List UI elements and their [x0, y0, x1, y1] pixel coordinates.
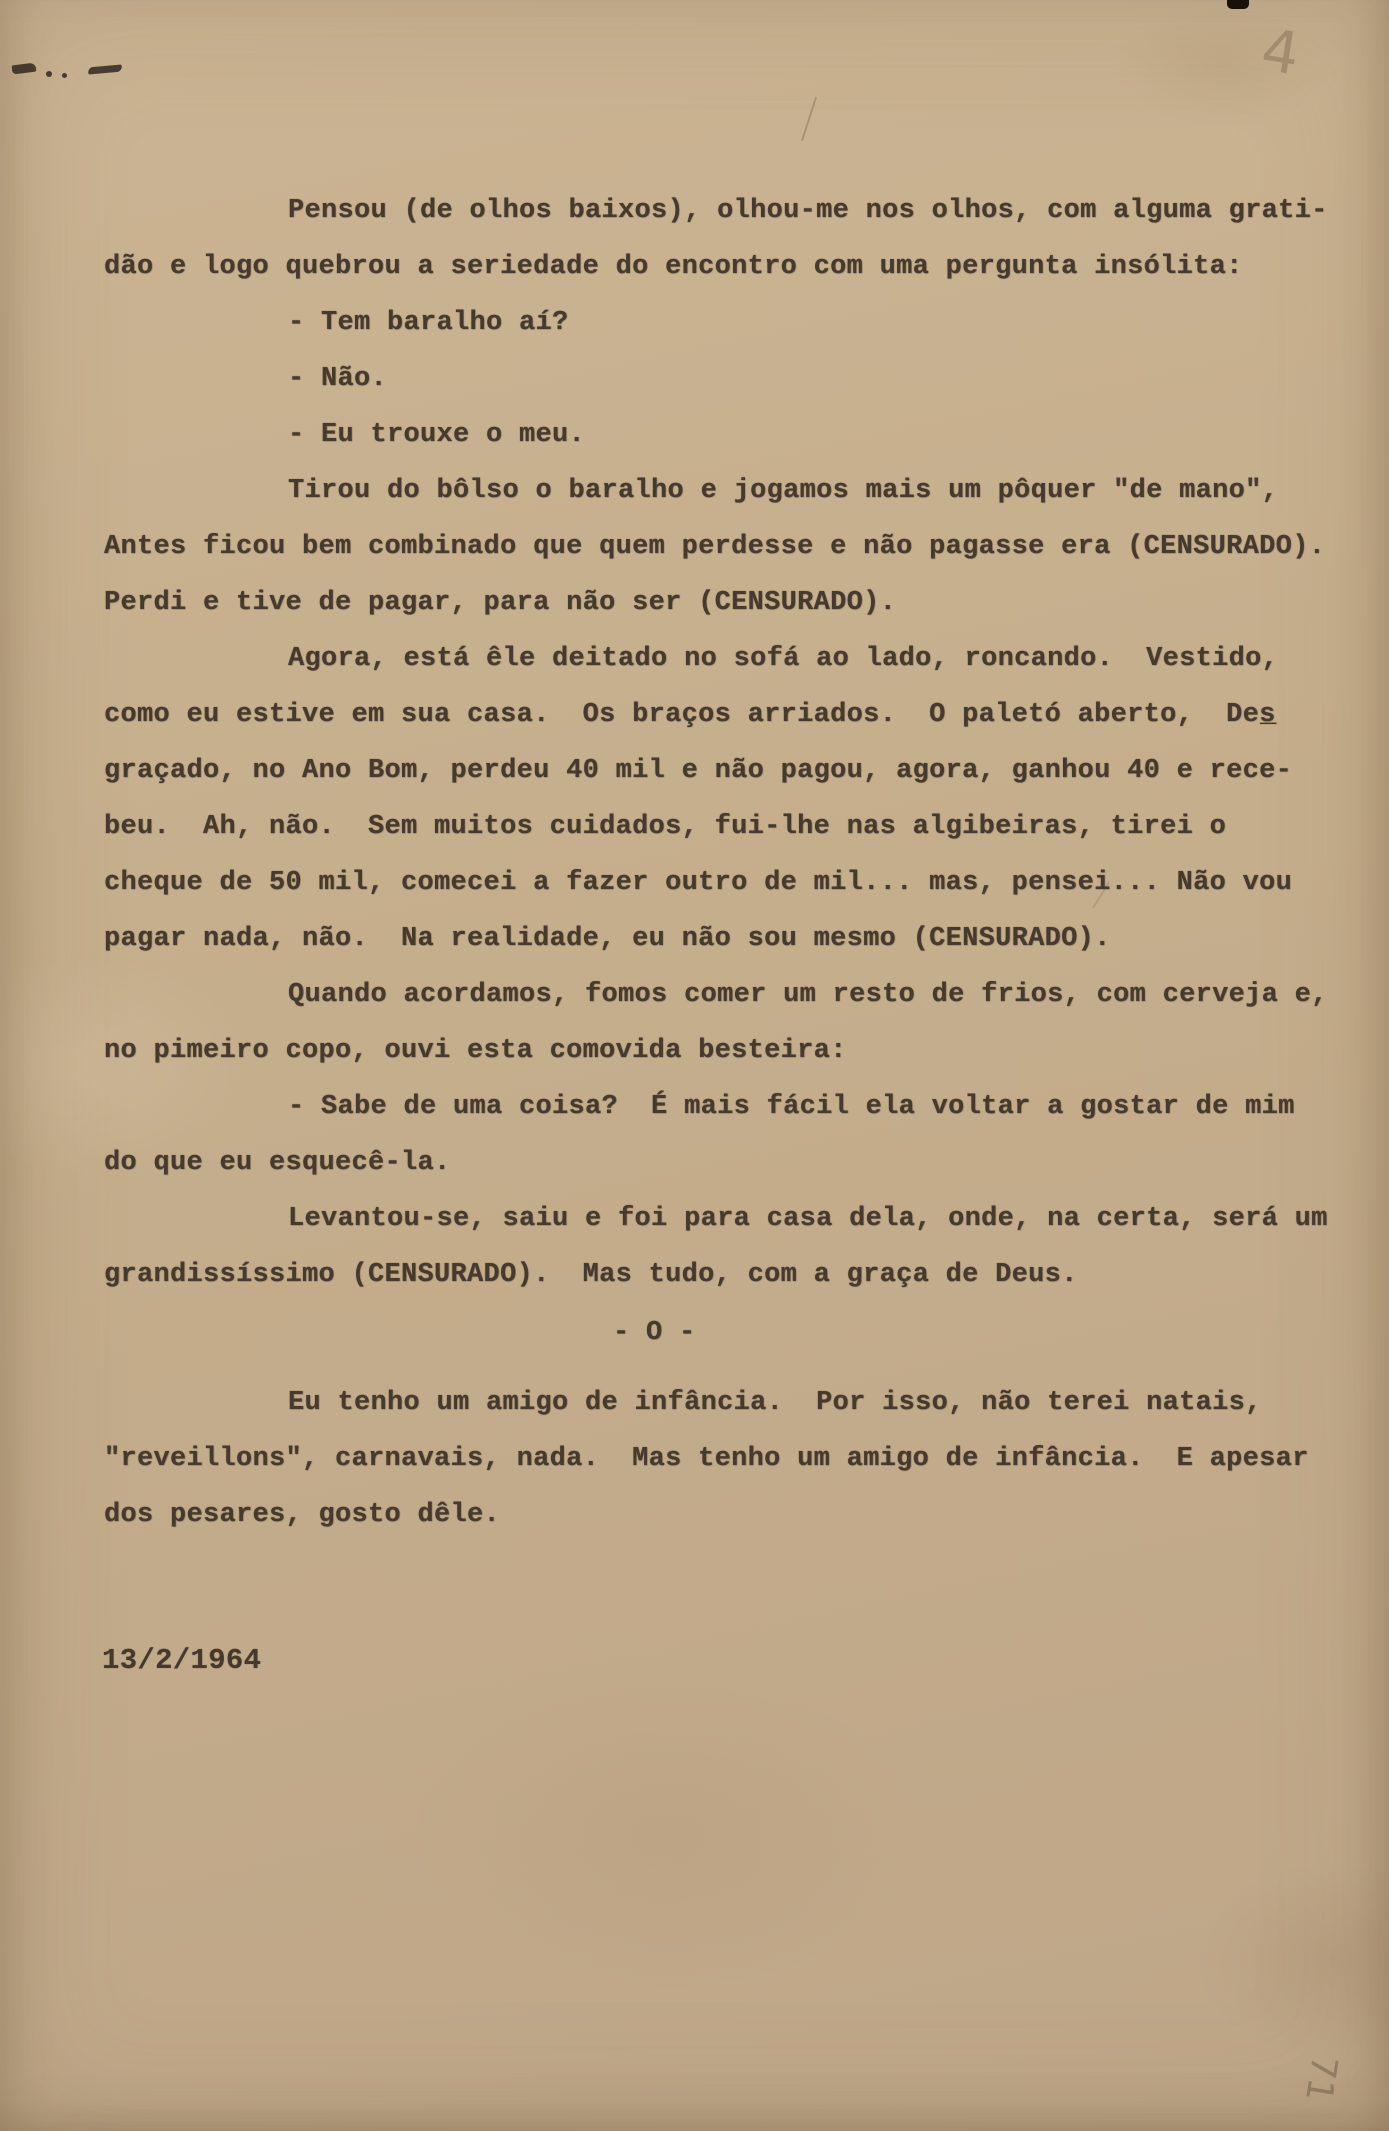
section-divider: - O - [104, 1305, 1389, 1361]
typed-line: pagar nada, não. Na realidade, eu não so… [104, 911, 1389, 967]
pencil-annotation-top-right: 4 [1257, 16, 1304, 89]
typed-line: - Eu trouxe o meu. [104, 407, 1389, 463]
date-stamp: 13/2/1964 [102, 1633, 261, 1689]
ink-smudge [46, 71, 52, 77]
scanned-typewritten-page: 4 Pensou (de olhos baixos), olhou-me nos… [0, 0, 1389, 2131]
typed-line: no pimeiro copo, ouvi esta comovida best… [104, 1023, 1389, 1079]
typed-line: - Sabe de uma coisa? É mais fácil ela vo… [104, 1079, 1389, 1135]
typed-line: Antes ficou bem combinado que quem perde… [104, 519, 1389, 575]
typed-line: como eu estive em sua casa. Os braços ar… [104, 687, 1389, 743]
typed-line: cheque de 50 mil, comecei a fazer outro … [104, 855, 1389, 911]
typed-line: Perdi e tive de pagar, para não ser (CEN… [104, 575, 1389, 631]
typed-line: Pensou (de olhos baixos), olhou-me nos o… [104, 183, 1389, 239]
typed-line: - Tem baralho aí? [104, 295, 1389, 351]
paper-scratch [801, 97, 817, 141]
typed-line: Agora, está êle deitado no sofá ao lado,… [104, 631, 1389, 687]
typed-line: - Não. [104, 351, 1389, 407]
scan-edge-notch [1227, 0, 1249, 9]
typed-line: graçado, no Ano Bom, perdeu 40 mil e não… [104, 743, 1389, 799]
pencil-annotation-bottom-right: 71 [1297, 2053, 1345, 2105]
typed-line: Levantou-se, saiu e foi para casa dela, … [104, 1191, 1389, 1247]
typed-line: dão e logo quebrou a seriedade do encont… [104, 239, 1389, 295]
ink-smudge [62, 73, 67, 78]
typed-line: do que eu esquecê-la. [104, 1135, 1389, 1191]
typed-line: "reveillons", carnavais, nada. Mas tenho… [104, 1431, 1389, 1487]
typed-text: Pensou (de olhos baixos), olhou-me nos o… [104, 183, 1389, 1543]
typed-line: beu. Ah, não. Sem muitos cuidados, fui-l… [104, 799, 1389, 855]
typed-line: Eu tenho um amigo de infância. Por isso,… [104, 1375, 1389, 1431]
typed-line: Quando acordamos, fomos comer um resto d… [104, 967, 1389, 1023]
typed-line: Tirou do bôlso o baralho e jogamos mais … [104, 463, 1389, 519]
ink-smudge [12, 63, 37, 75]
typed-line: dos pesares, gosto dêle. [104, 1487, 1389, 1543]
typed-line: grandissíssimo (CENSURADO). Mas tudo, co… [104, 1247, 1389, 1303]
ink-smudge [88, 65, 122, 75]
